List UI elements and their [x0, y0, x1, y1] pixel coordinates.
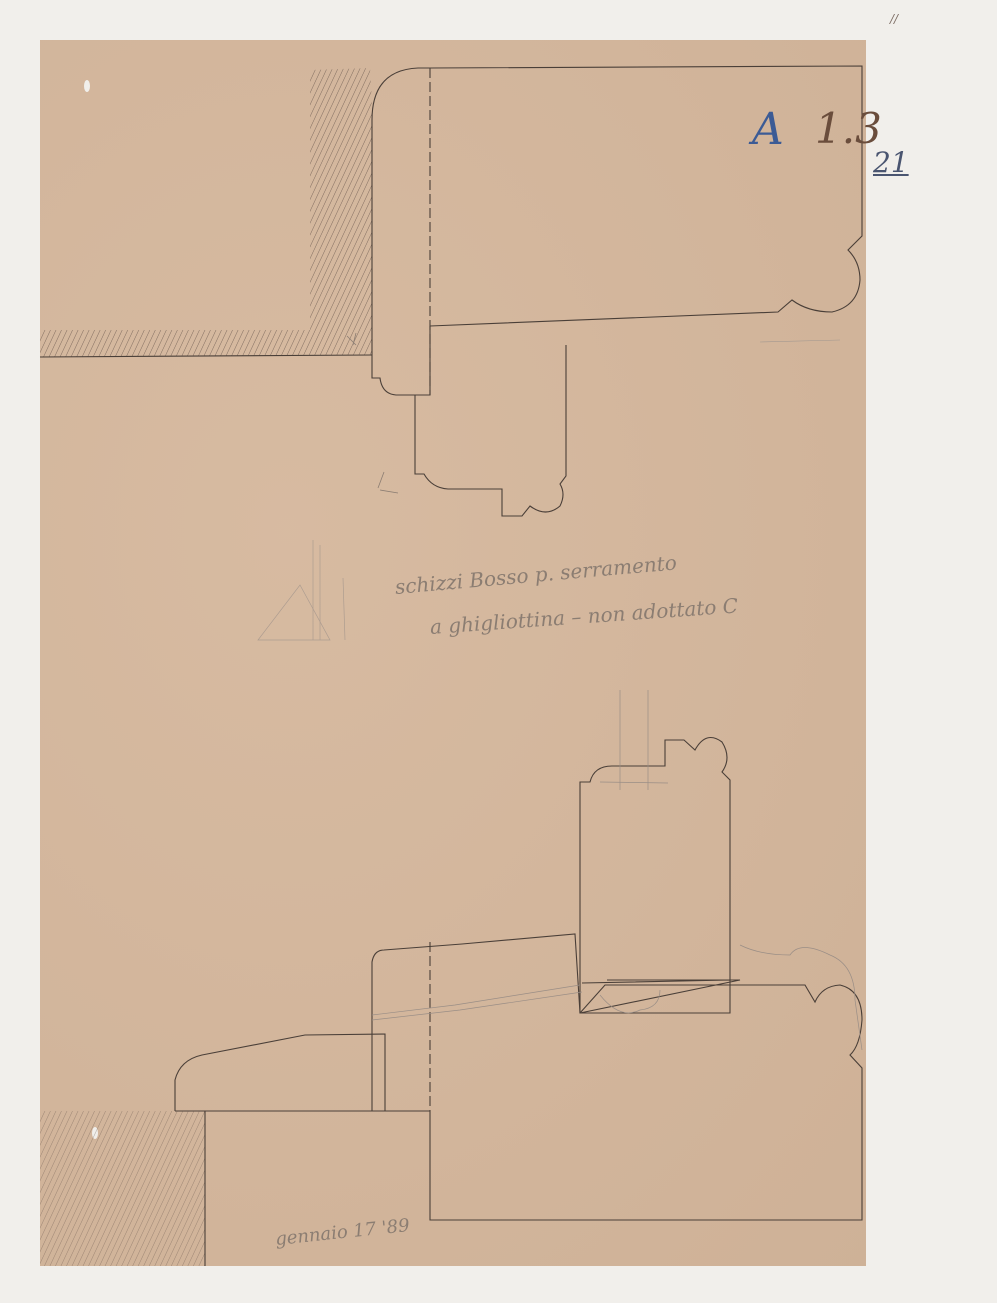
sheet-number: 21: [873, 146, 909, 179]
catalog-ref-brown: 1.3: [815, 104, 882, 153]
pencil-revisions: [372, 690, 862, 1050]
upper-section: [40, 66, 862, 516]
pencil-sketch: [258, 540, 345, 640]
corner-mark: //: [890, 12, 898, 26]
check-mark: [378, 472, 398, 493]
catalog-ref-blue: A: [752, 104, 784, 155]
lower-section: [40, 738, 862, 1267]
architectural-drawing: [0, 0, 997, 1303]
punch-hole-top: [84, 80, 90, 92]
